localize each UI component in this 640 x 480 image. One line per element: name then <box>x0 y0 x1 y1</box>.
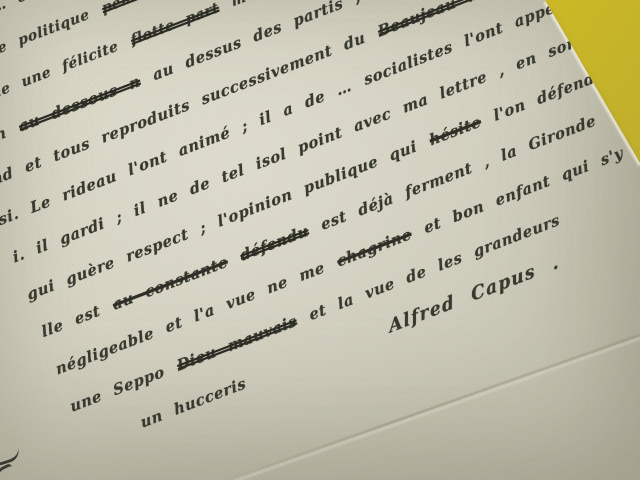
manuscript-paper: … ou s'en portance , à l'innd…se politiq… <box>0 0 640 480</box>
handwriting-fragment: m <box>0 123 8 147</box>
handwriting-layer: … ou s'en portance , à l'innd…se politiq… <box>0 0 640 463</box>
handwriting-fragment: de la <box>581 0 633 5</box>
stray-ink-mark <box>0 463 16 480</box>
manuscript-photo: … ou s'en portance , à l'innd…se politiq… <box>0 0 640 480</box>
stray-ink-mark <box>0 444 22 466</box>
